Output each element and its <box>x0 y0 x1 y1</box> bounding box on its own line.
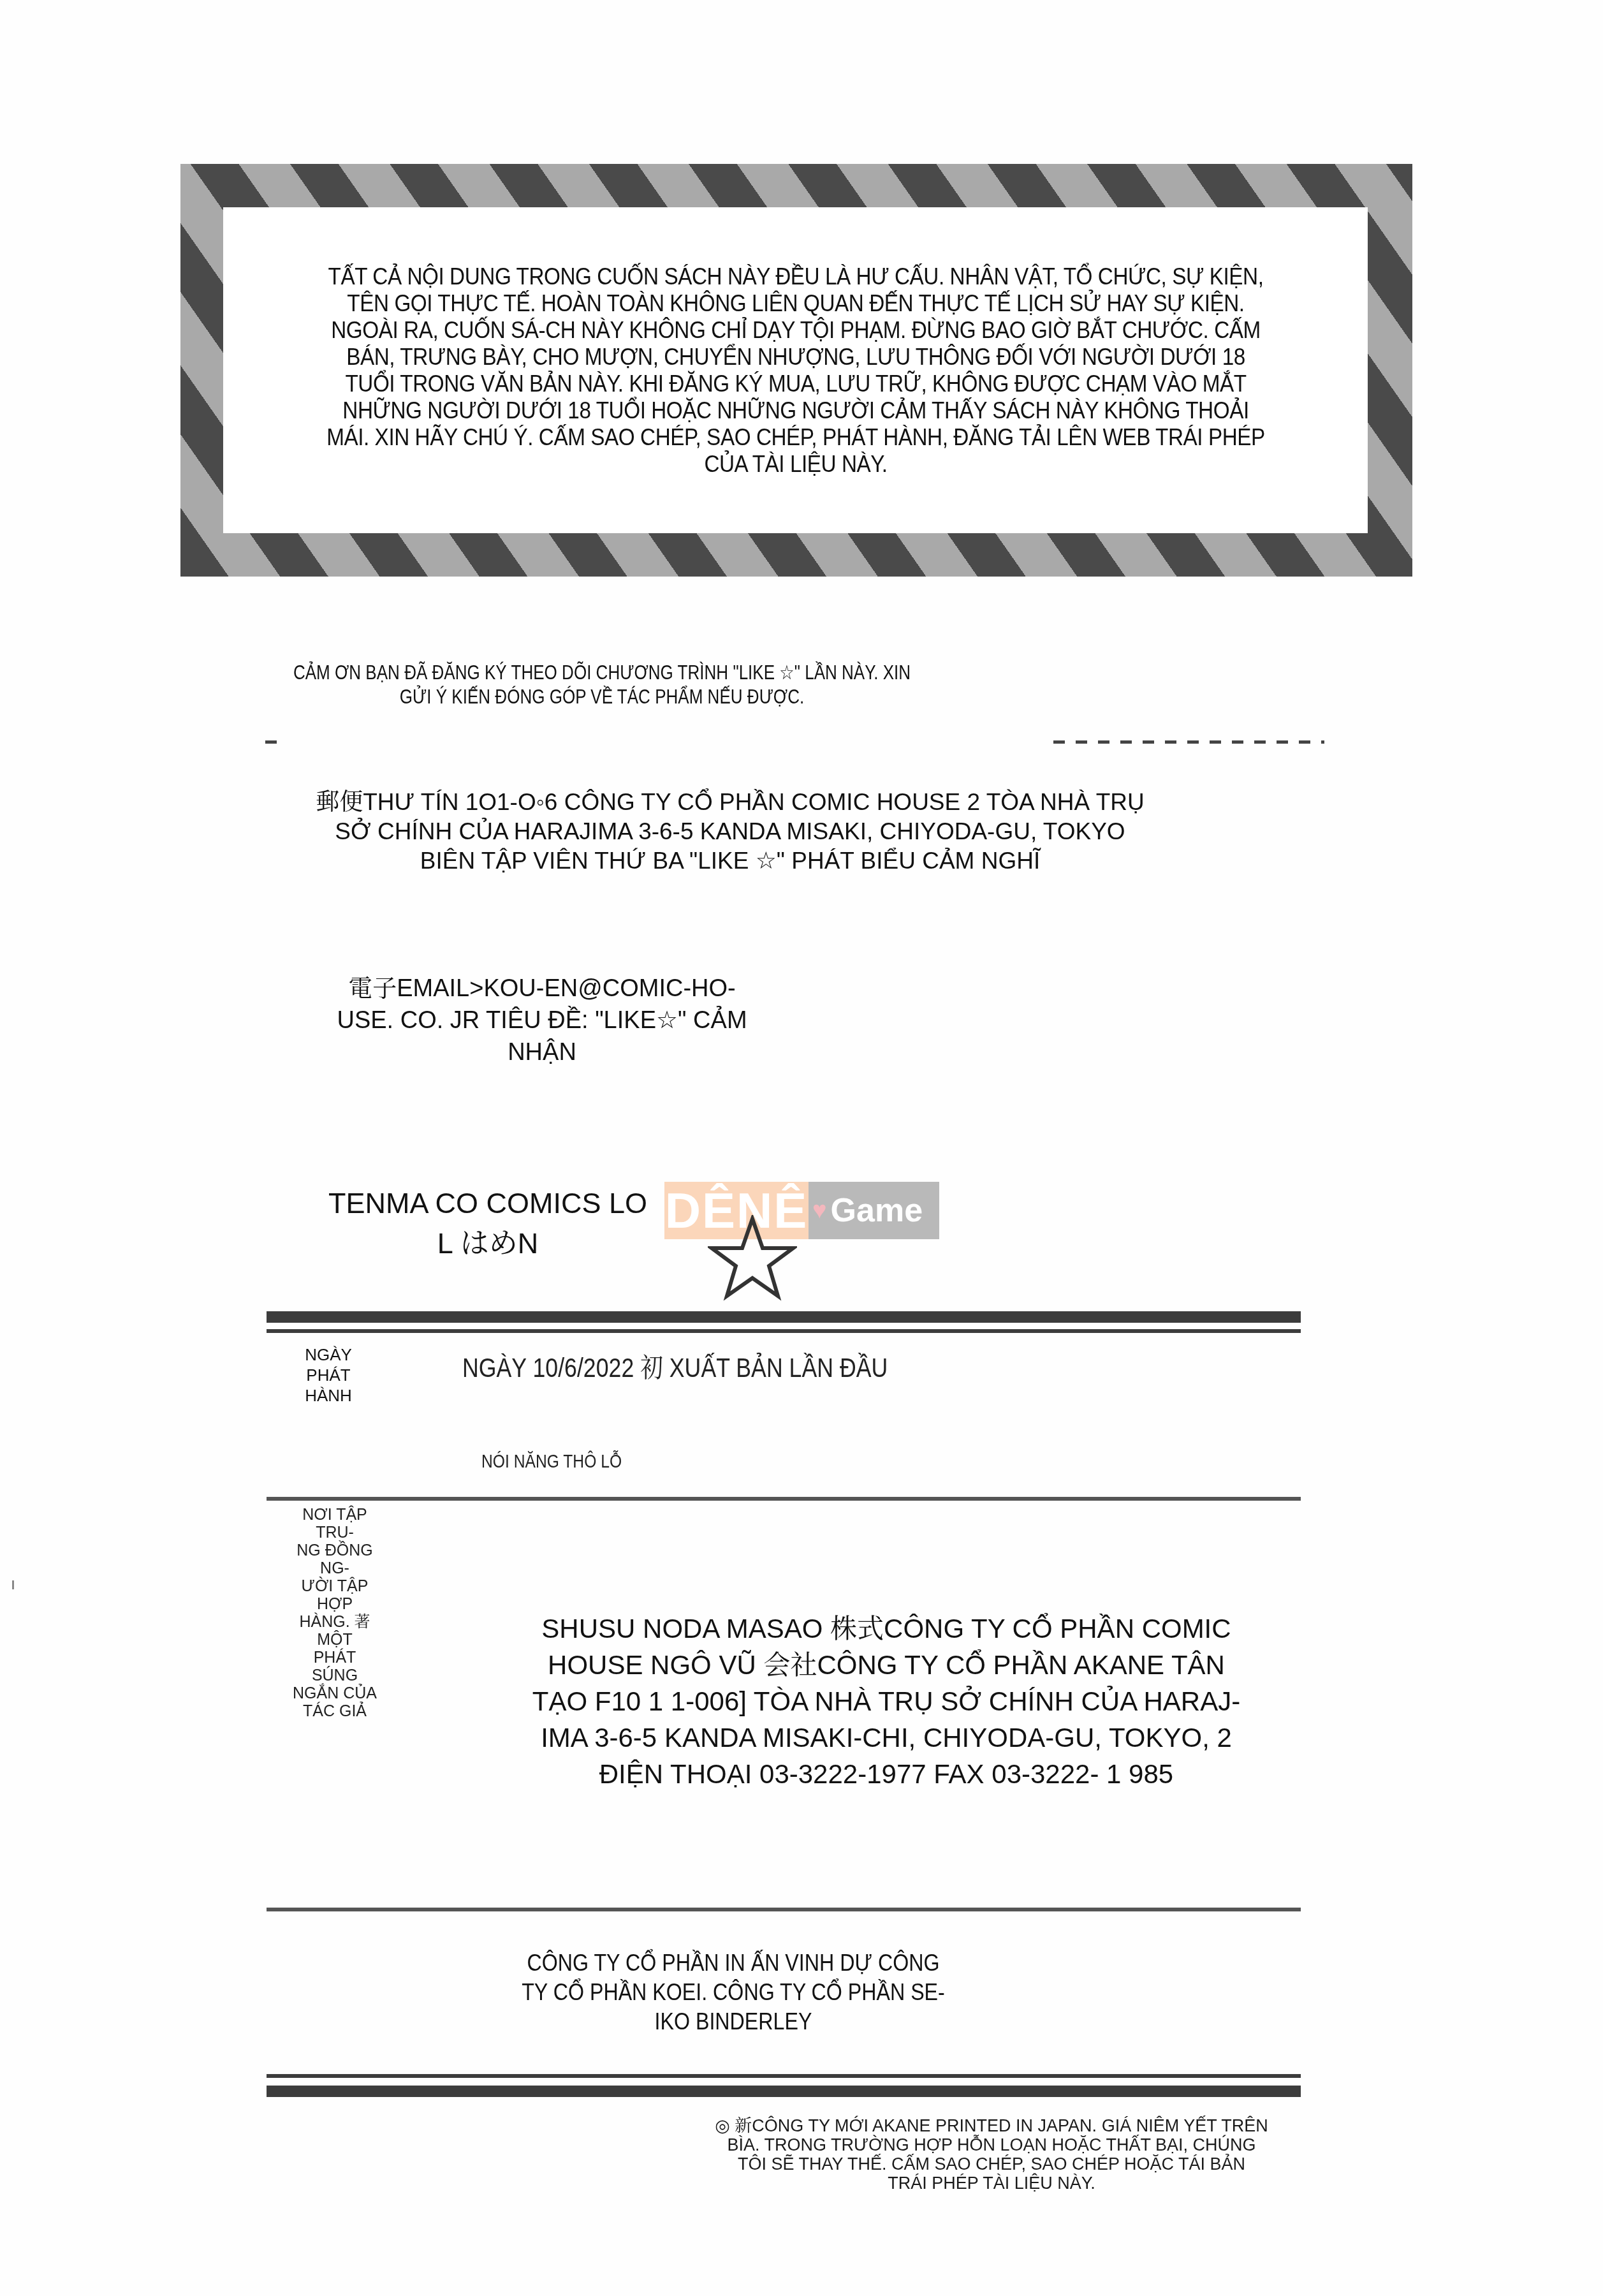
warning-box: TẤT CẢ NỘI DUNG TRONG CUỐN SÁCH NÀY ĐỀU … <box>223 207 1368 533</box>
publish-date-label: NGÀY PHÁT HÀNH <box>290 1344 367 1406</box>
postal-line: BIÊN TẬP VIÊN THỨ BA "LIKE ☆" PHÁT BIỂU … <box>268 846 1192 876</box>
watermark-game-label: ♥ Game <box>809 1182 939 1239</box>
postal-address: 郵便THƯ TÍN 1O1-O◦6 CÔNG TY CỔ PHẦN COMIC … <box>268 788 1192 876</box>
content-warning-text: TẤT CẢ NỘI DUNG TRONG CUỐN SÁCH NÀY ĐỀU … <box>325 263 1266 478</box>
author-label: NƠI TẬP TRU-NG ĐỒNG NG-ƯỜI TẬP HỢPHÀNG. … <box>290 1506 379 1720</box>
thanks-note: CẢM ƠN BẠN ĐÃ ĐĂNG KÝ THEO DÕI CHƯƠNG TR… <box>281 661 923 709</box>
author-label-line: NG ĐỒNG NG- <box>290 1542 379 1577</box>
label-line: HÀNH <box>290 1385 367 1406</box>
publisher-line: SHUSU NODA MASAO 株式CÔNG TY CỔ PHẦN COMIC <box>472 1610 1301 1647</box>
printer-info: CÔNG TY CỔ PHẦN IN ẤN VINH DỰ CÔNGTY CỔ … <box>506 1948 960 2036</box>
colophon-divider <box>267 1908 1301 1911</box>
label-line: NGÀY PHÁT <box>290 1344 367 1385</box>
author-label-line: TÁC GIẢ <box>290 1702 379 1720</box>
colophon-bottom-rule-thin <box>267 2074 1301 2078</box>
publisher-line: TẠO F10 1 1-006] TÒA NHÀ TRỤ SỞ CHÍNH CỦ… <box>472 1683 1301 1719</box>
warning-striped-frame: TẤT CẢ NỘI DUNG TRONG CUỐN SÁCH NÀY ĐỀU … <box>180 164 1412 577</box>
publisher-line: ĐIỆN THOẠI 03-3222-1977 FAX 03-3222- 1 9… <box>472 1756 1301 1792</box>
printer-line: TY CỔ PHẦN KOEI. CÔNG TY CỔ PHẦN SE- <box>506 1978 960 2007</box>
thanks-line: CẢM ƠN BẠN ĐÃ ĐĂNG KÝ THEO DÕI CHƯƠNG TR… <box>281 661 923 685</box>
footer-line: TÔI SẼ THAY THẾ. CẤM SAO CHÉP, SAO CHÉP … <box>705 2154 1278 2174</box>
title-line: TENMA CO COMICS LO <box>281 1183 695 1223</box>
heart-icon: ♥ <box>812 1182 827 1239</box>
cut-line-dashes <box>1053 740 1324 744</box>
footer-line: TRÁI PHÉP TÀI LIỆU NÀY. <box>705 2174 1278 2193</box>
colophon-top-rule-thin <box>267 1329 1301 1333</box>
scan-artifact <box>12 1580 14 1589</box>
author-label-line: ƯỜI TẬP HỢP <box>290 1577 379 1613</box>
publisher-line: IMA 3-6-5 KANDA MISAKI-CHI, CHIYODA-GU, … <box>472 1719 1301 1756</box>
printer-line: IKO BINDERLEY <box>506 2007 960 2036</box>
author-label-line: HÀNG. 著MỘT <box>290 1613 379 1649</box>
subtitle-value: NÓI NĂNG THÔ LỖ <box>481 1451 622 1473</box>
colophon-top-rule-thick <box>267 1311 1301 1323</box>
author-label-line: NGẮN CỦA <box>290 1684 379 1702</box>
author-label-line: PHÁT SÚNG <box>290 1649 379 1684</box>
printer-line: CÔNG TY CỔ PHẦN IN ẤN VINH DỰ CÔNG <box>506 1948 960 1978</box>
postal-line: SỞ CHÍNH CỦA HARAJIMA 3-6-5 KANDA MISAKI… <box>268 817 1192 846</box>
colophon-divider <box>267 1497 1301 1501</box>
footer-line: BÌA. TRONG TRƯỜNG HỢP HỖN LOẠN HOẶC THẤT… <box>705 2135 1278 2154</box>
publisher-line: HOUSE NGÔ VŨ 会社CÔNG TY CỔ PHẦN AKANE TÂN <box>472 1647 1301 1683</box>
colophon-bottom-rule-thick <box>267 2086 1301 2097</box>
thanks-line: GỬI Ý KIẾN ĐÓNG GÓP VỀ TÁC PHẨM NẾU ĐƯỢC… <box>281 685 923 709</box>
publish-date-value: NGÀY 10/6/2022 初 XUẤT BẢN LẦN ĐẦU <box>462 1352 888 1384</box>
title-line: L はめN <box>281 1223 695 1263</box>
book-title: TENMA CO COMICS LO L はめN <box>281 1183 695 1263</box>
cut-line-dash <box>265 740 277 744</box>
copyright-footer-note: ◎ 新CÔNG TY MỚI AKANE PRINTED IN JAPAN. G… <box>705 2116 1278 2193</box>
watermark-game-text: Game <box>831 1182 923 1239</box>
publisher-info: SHUSU NODA MASAO 株式CÔNG TY CỔ PHẦN COMIC… <box>472 1610 1301 1792</box>
postal-line: 郵便THƯ TÍN 1O1-O◦6 CÔNG TY CỔ PHẦN COMIC … <box>268 788 1192 817</box>
author-label-line: NƠI TẬP TRU- <box>290 1506 379 1542</box>
email-line: USE. CO. JR TIÊU ĐỀ: "LIKE☆" CẢM <box>290 1004 794 1036</box>
footer-line: ◎ 新CÔNG TY MỚI AKANE PRINTED IN JAPAN. G… <box>705 2116 1278 2135</box>
site-watermark: DÊNÊ ♥ Game <box>664 1182 939 1239</box>
email-line: NHẬN <box>290 1036 794 1068</box>
star-icon <box>708 1215 797 1301</box>
email-info: 電子EMAIL>KOU-EN@COMIC-HO- USE. CO. JR TIÊ… <box>290 973 794 1068</box>
email-line: 電子EMAIL>KOU-EN@COMIC-HO- <box>290 973 794 1004</box>
